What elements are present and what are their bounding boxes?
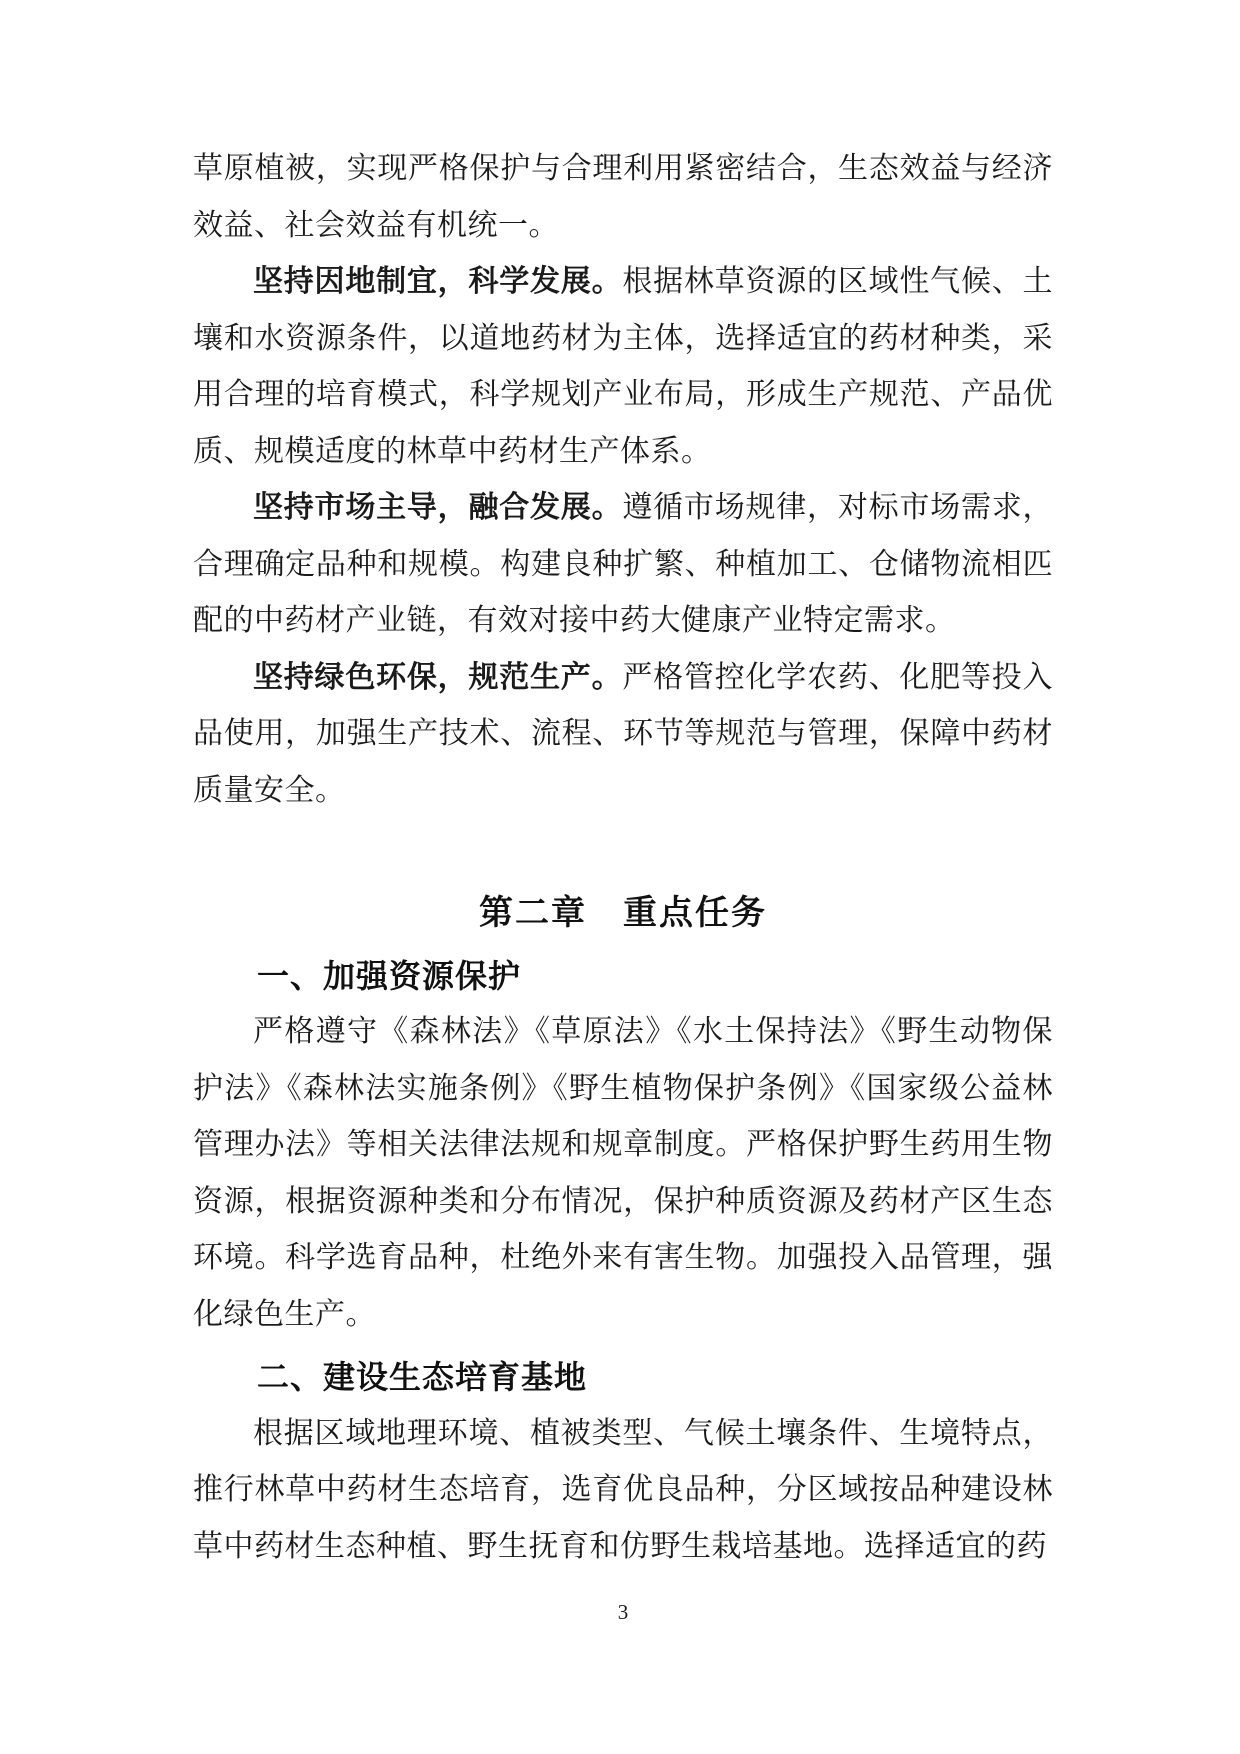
paragraph-text: 草原植被，实现严格保护与合理利用紧密结合，生态效益与经济效益、社会效益有机统一。 xyxy=(193,152,1053,242)
document-body: 草原植被，实现严格保护与合理利用紧密结合，生态效益与经济效益、社会效益有机统一。… xyxy=(193,141,1053,1575)
body-paragraph: 坚持因地制宜，科学发展。根据林草资源的区域性气候、土壤和水资源条件，以道地药材为… xyxy=(193,254,1053,480)
body-paragraph: 严格遵守《森林法》《草原法》《水土保持法》《野生动物保护法》《森林法实施条例》《… xyxy=(193,1004,1053,1343)
section-heading-2: 二、建设生态培育基地 xyxy=(193,1349,1053,1406)
paragraph-lead: 坚持市场主导，融合发展。 xyxy=(253,491,622,524)
document-page: 草原植被，实现严格保护与合理利用紧密结合，生态效益与经济效益、社会效益有机统一。… xyxy=(0,0,1240,1754)
body-paragraph-continued: 草原植被，实现严格保护与合理利用紧密结合，生态效益与经济效益、社会效益有机统一。 xyxy=(193,141,1053,254)
paragraph-lead: 坚持绿色环保，规范生产。 xyxy=(253,661,622,694)
chapter-heading: 第二章 重点任务 xyxy=(193,885,1053,942)
section-heading-1: 一、加强资源保护 xyxy=(193,948,1053,1005)
paragraph-lead: 坚持因地制宜，科学发展。 xyxy=(253,265,622,298)
paragraph-text: 严格遵守《森林法》《草原法》《水土保持法》《野生动物保护法》《森林法实施条例》《… xyxy=(193,1015,1053,1331)
paragraph-text: 根据区域地理环境、植被类型、气候土壤条件、生境特点，推行林草中药材生态培育，选育… xyxy=(193,1417,1053,1563)
page-number: 3 xyxy=(193,1600,1053,1624)
body-paragraph: 坚持绿色环保，规范生产。严格管控化学农药、化肥等投入品使用，加强生产技术、流程、… xyxy=(193,650,1053,820)
body-paragraph: 坚持市场主导，融合发展。遵循市场规律，对标市场需求，合理确定品种和规模。构建良种… xyxy=(193,480,1053,650)
body-paragraph: 根据区域地理环境、植被类型、气候土壤条件、生境特点，推行林草中药材生态培育，选育… xyxy=(193,1406,1053,1576)
